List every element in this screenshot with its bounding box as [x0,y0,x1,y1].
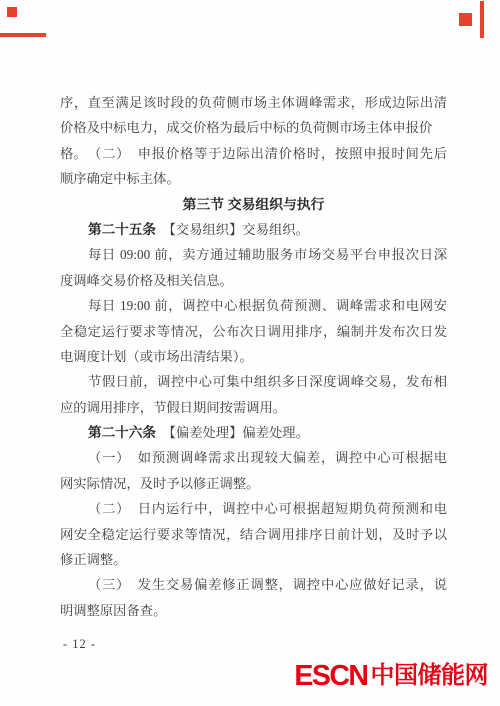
text-line: 度调峰交易价格及相关信息。 [60,268,447,293]
escn-logo-latin: ESCN [294,660,367,692]
text-line: （二） 申报价格等于边际出清价格时，按照申报时间先后 [88,141,447,166]
text-line: 第二十五条 【交易组织】交易组织。 [88,217,447,242]
text-line: 网安全稳定运行要求等情况，结合调用排序日前计划，及时予以 [60,522,447,547]
scan-mark-top-left-square-icon [7,7,17,17]
scan-mark-top-right-bar-icon [480,1,484,38]
document-page: 序，直至满足该时段的负荷侧市场主体调峰需求，形成边际出清价格及中标电力，成交价格… [0,0,500,706]
escn-logo: ESCN 中国储能网 [294,660,488,692]
text-line: 顺序确定中标主体。 [60,166,447,191]
text-line: 应的调用排序，节假日期间按需调用。 [60,395,447,420]
scan-mark-top-right-square-icon [459,13,472,26]
article-term: 第二十六条 [88,425,156,440]
text-line: 第二十六条 【偏差处理】偏差处理。 [88,420,447,445]
text-line: 价格及中标电力，成交价格为最后中标的负荷侧市场主体申报价格。 [60,115,447,140]
text-line: 全稳定运行要求等情况，公布次日调用排序，编制并发布次日发 [60,319,447,344]
article-term: 第二十五条 [88,222,156,237]
document-body: 序，直至满足该时段的负荷侧市场主体调峰需求，形成边际出清价格及中标电力，成交价格… [60,90,447,623]
text-line: 明调整原因备查。 [60,598,447,623]
text-line: 每日 09:00 前，卖方通过辅助服务市场交易平台申报次日深 [88,242,447,267]
text-line: （一） 如预测调峰需求出现较大偏差，调控中心可根据电 [88,445,447,470]
section-heading: 第三节 交易组织与执行 [60,192,447,217]
page-number: - 12 - [63,637,96,652]
text-line: 修正调整。 [60,547,447,572]
text-line: 网实际情况，及时予以修正调整。 [60,471,447,496]
escn-logo-chinese: 中国储能网 [371,660,489,692]
text-line: （三） 发生交易偏差修正调整，调控中心应做好记录，说 [88,572,447,597]
text-line: 电调度计划（或市场出清结果）。 [60,344,447,369]
scan-mark-top-left-bar-icon [0,33,46,37]
text-line: （二） 日内运行中，调控中心可根据超短期负荷预测和电 [88,496,447,521]
text-line: 每日 19:00 前，调控中心根据负荷预测、调峰需求和电网安 [88,293,447,318]
text-line: 节假日前，调控中心可集中组织多日深度调峰交易，发布相 [88,369,447,394]
text-line: 序，直至满足该时段的负荷侧市场主体调峰需求，形成边际出清 [60,90,447,115]
